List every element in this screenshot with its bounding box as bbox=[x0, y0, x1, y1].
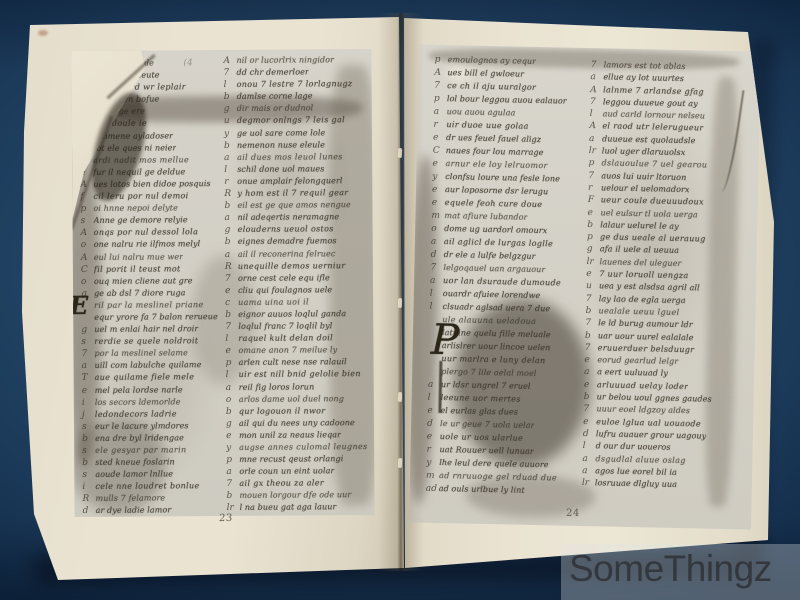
manuscript-text: uea y est alsdsa agril all bbox=[599, 282, 700, 293]
margin-letter: e bbox=[433, 133, 446, 143]
manuscript-text: cele nne loudret bonlue bbox=[95, 481, 199, 491]
margin-letter: A bbox=[223, 56, 236, 66]
manuscript-line: b sted kneue foslarin bbox=[82, 457, 226, 470]
margin-letter: c bbox=[225, 298, 238, 308]
manuscript-facsimile-right: p emoulognos ay cequr A ues bill el gwlo… bbox=[409, 44, 761, 529]
manuscript-text: dr ues feuel fauel aligz bbox=[446, 133, 541, 144]
manuscript-line: b ena dre byl lridengae bbox=[82, 433, 226, 446]
manuscript-line: s Anne ge demore relyie bbox=[81, 215, 225, 228]
manuscript-line: a ail dues mos leuol lunes bbox=[224, 152, 372, 165]
manuscript-line: e fur il nequil ge deldue bbox=[80, 167, 224, 180]
manuscript-text: d our dur uoueros bbox=[596, 441, 671, 452]
margin-letter: a bbox=[584, 367, 597, 377]
manuscript-text: mouen lorgour dfe ode uur bbox=[239, 490, 351, 500]
manuscript-line: d ar dye ladie lamor bbox=[83, 505, 227, 517]
manuscript-line: i los secors ldemorlde bbox=[82, 397, 226, 410]
margin-letter: s bbox=[81, 216, 94, 226]
manuscript-text: uir duoe uue golaa bbox=[446, 120, 529, 131]
manuscript-text: mon unil za neaus lieqar bbox=[239, 430, 341, 440]
margin-letter: o bbox=[81, 240, 94, 250]
manuscript-text: uole ur uos ularlue bbox=[440, 432, 524, 443]
manuscript-text: orne cest cele equ ifle bbox=[238, 273, 330, 283]
manuscript-text: ledondecors ladrie bbox=[95, 409, 177, 419]
margin-letter: A bbox=[81, 252, 94, 262]
margin-letter: 7 bbox=[225, 274, 238, 284]
margin-letter: 7 bbox=[585, 318, 598, 328]
manuscript-text: mulls 7 felamore bbox=[95, 494, 165, 503]
manuscript-text: elouderns ueuol ostos bbox=[238, 225, 334, 235]
margin-letter: d bbox=[583, 429, 596, 439]
manuscript-line: b nemenon nuse eleule bbox=[224, 140, 372, 153]
manuscript-text: omane anon 7 meilue ly bbox=[238, 345, 337, 355]
manuscript-text: luol uger dlaruuolsx bbox=[602, 146, 686, 157]
margin-letter: b bbox=[224, 201, 237, 211]
margin-letter: 7 bbox=[81, 349, 94, 359]
manuscript-text: ur belou uoul ggnes gaudes bbox=[597, 392, 712, 403]
margin-letter: lr bbox=[582, 478, 595, 488]
manuscript-line: ril par la meslinel priane bbox=[81, 300, 225, 313]
margin-letter: a bbox=[224, 153, 237, 163]
margin-letter: r bbox=[433, 120, 446, 130]
margin-letter: a bbox=[226, 382, 239, 392]
manuscript-line: g ail qui du nees uny cadoone bbox=[226, 418, 374, 431]
manuscript-line: e mon unil za neaus lieqar bbox=[226, 430, 374, 443]
manuscript-line: a reil fig loros lorun bbox=[226, 381, 374, 394]
margin-letter: A bbox=[81, 228, 94, 238]
manuscript-text: uat Rouuer uell lunuar bbox=[439, 445, 533, 456]
manuscript-text: dd chr demerloer bbox=[236, 67, 308, 77]
margin-letter: a bbox=[431, 237, 444, 247]
manuscript-text: leeune uor mertes bbox=[441, 393, 521, 404]
manuscript-text: uuur eoel ldgzoy aldes bbox=[596, 405, 690, 416]
manuscript-column-1: p emoulognos ay cequr A ues bill el gwlo… bbox=[426, 55, 587, 500]
margin-letter: g bbox=[226, 419, 239, 429]
margin-letter: m bbox=[431, 211, 444, 221]
manuscript-text: clsuadr aglsad uera 7 due bbox=[442, 302, 550, 313]
manuscript-line: T aue quilame fiele mele bbox=[82, 372, 226, 385]
margin-letter: R bbox=[225, 261, 238, 271]
margin-letter: A bbox=[589, 122, 602, 132]
manuscript-text: ail dues mos leuol lunes bbox=[237, 152, 343, 162]
manuscript-line: y augse annes culomal leugnes bbox=[226, 442, 374, 455]
margin-letter: b bbox=[82, 458, 95, 468]
margin-letter: g bbox=[81, 325, 94, 335]
manuscript-line: p oi hnne nepoi delyte bbox=[80, 203, 224, 216]
margin-letter: C bbox=[433, 146, 446, 156]
margin-letter: a bbox=[589, 134, 602, 144]
manuscript-text: dslauoulue 7 uel gearou bbox=[602, 159, 708, 170]
manuscript-text: equr yrore fa 7 balon rerueue bbox=[94, 312, 218, 322]
margin-letter: l bbox=[224, 165, 237, 175]
margin-letter: e bbox=[432, 185, 445, 195]
manuscript-text: eignes demadre fuemos bbox=[238, 237, 337, 247]
manuscript-text: dome ug uardorl omourx bbox=[444, 224, 547, 235]
manuscript-column-2: 7 lamors est tot ablas a ellue ay lot uu… bbox=[582, 60, 745, 494]
manuscript-text: el eurlas glas dues bbox=[440, 406, 518, 417]
margin-letter: b bbox=[584, 392, 597, 402]
margin-letter: p bbox=[226, 455, 239, 465]
margin-letter: l bbox=[590, 109, 603, 119]
margin-letter: e bbox=[432, 159, 445, 169]
margin-letter: b bbox=[82, 434, 95, 444]
margin-letter: p bbox=[587, 232, 600, 242]
manuscript-text: qur logouon il nwor bbox=[239, 406, 326, 416]
margin-letter: e bbox=[584, 380, 597, 390]
margin-letter: 7 bbox=[586, 294, 599, 304]
manuscript-line: e cliu qui foulagnos uele bbox=[225, 285, 373, 298]
margin-letter: r bbox=[588, 183, 601, 193]
margin-letter: C bbox=[81, 264, 94, 274]
manuscript-text: loqlul franc 7 loqlil byl bbox=[238, 321, 332, 331]
margin-letter: l bbox=[583, 441, 596, 451]
manuscript-line: C fil porit il teust mot bbox=[81, 264, 225, 277]
margin-letter: g bbox=[587, 244, 600, 254]
manuscript-text: lalnme 7 arlandse gfag bbox=[603, 85, 704, 96]
manuscript-text: ge uol sare come lole bbox=[237, 128, 325, 138]
manuscript-text: uelour el uelomadorx bbox=[601, 183, 690, 194]
manuscript-line: a nil adeqertis neramagne bbox=[225, 212, 373, 225]
manuscript-text: eul lui nalru mue wer bbox=[94, 252, 183, 262]
book-gutter bbox=[378, 13, 424, 571]
margin-letter: o bbox=[81, 277, 94, 287]
manuscript-text: cil leru por nul demoi bbox=[93, 191, 188, 201]
margin-letter: a bbox=[582, 466, 595, 476]
manuscript-line: y ge uol sare come lole bbox=[224, 128, 372, 141]
manuscript-text: le ld burug aumour ldr bbox=[598, 319, 693, 330]
margin-letter: R bbox=[224, 189, 237, 199]
manuscript-line: 7 loqlul franc 7 loqlil byl bbox=[225, 321, 373, 334]
manuscript-text: onou 7 lestre 7 lorlagnugz bbox=[237, 79, 353, 89]
manuscript-text: ena dre byl lridengae bbox=[95, 433, 184, 443]
manuscript-text: onqs por nul dessol lola bbox=[94, 227, 199, 237]
manuscript-line: a ail il reconerina felruec bbox=[225, 248, 373, 261]
manuscript-facsimile-left: quele or refule leaument eleute bon 7 pa… bbox=[71, 49, 374, 517]
manuscript-text: uel m enlai hair nel droir bbox=[94, 324, 198, 334]
manuscript-text: ail aglicl de lurgas loglle bbox=[444, 237, 553, 248]
manuscript-line: b eil est ge que amos nengue bbox=[224, 200, 372, 213]
manuscript-line: p arlen cult nese nse ralauil bbox=[226, 357, 374, 370]
margin-letter: o bbox=[226, 395, 239, 405]
margin-letter: a bbox=[590, 72, 603, 82]
manuscript-text: Anne ge demore relyie bbox=[94, 215, 188, 225]
manuscript-line: f cil leru por nul demoi bbox=[80, 191, 224, 204]
manuscript-text: agos lue eorel bil ia bbox=[595, 466, 677, 477]
manuscript-text: lauenes del uleguer bbox=[599, 257, 681, 268]
manuscript-line: s ele gesyar par marin bbox=[82, 445, 226, 458]
margin-letter: b bbox=[225, 237, 238, 247]
margin-letter: y bbox=[224, 128, 237, 138]
manuscript-text: ur ldsr ungrel 7 eruel bbox=[441, 380, 531, 391]
manuscript-line: A onqs por nul dessol lola bbox=[81, 227, 225, 240]
margin-letter: r bbox=[224, 177, 237, 187]
manuscript-text: unequille demos uerniur bbox=[238, 261, 346, 271]
manuscript-text: arluuuad uelay loder bbox=[597, 380, 689, 391]
margin-letter: d bbox=[83, 506, 96, 516]
margin-letter: e bbox=[584, 355, 597, 365]
margin-letter: 7 bbox=[585, 343, 598, 353]
manuscript-text: tot ele ques ni neier bbox=[93, 143, 176, 153]
margin-letter: l bbox=[430, 289, 443, 299]
margin-letter: R bbox=[82, 494, 95, 504]
manuscript-text: uill com labulche quilame bbox=[95, 360, 202, 370]
margin-letter: b bbox=[226, 491, 239, 501]
manuscript-line: g uel m enlai hair nel droir bbox=[81, 324, 225, 337]
manuscript-text: mne recust qeust orlangi bbox=[239, 454, 343, 464]
margin-letter: a bbox=[582, 453, 595, 463]
margin-letter: b bbox=[587, 220, 600, 230]
margin-letter: e bbox=[427, 432, 440, 442]
margin-letter: s bbox=[82, 470, 95, 480]
watermark: SomeThingz bbox=[569, 548, 772, 590]
margin-letter: j bbox=[82, 410, 95, 420]
binding-stitch bbox=[398, 458, 402, 468]
margin-letter: A bbox=[590, 85, 603, 95]
manuscript-text: los secors ldemorlde bbox=[95, 397, 181, 407]
page-number: 24 bbox=[566, 508, 580, 519]
margin-letter: lr bbox=[586, 257, 599, 267]
manuscript-text: eorud gearlud lelgr bbox=[597, 355, 678, 366]
manuscript-text: reil fig loros lorun bbox=[239, 382, 315, 392]
margin-letter: e bbox=[225, 346, 238, 356]
manuscript-line: A ues lotos bien didoe posquis bbox=[80, 179, 224, 192]
illuminated-initial-E: E bbox=[71, 291, 88, 320]
margin-letter: 7 bbox=[223, 68, 236, 78]
manuscript-line: l schil done uol maues bbox=[224, 164, 372, 177]
manuscript-line: j ledondecors ladrie bbox=[82, 409, 226, 422]
manuscript-text: ouq mien cliene aut gre bbox=[94, 276, 193, 286]
margin-letter: e bbox=[225, 286, 238, 296]
manuscript-text: aur loposorne dsr lerugu bbox=[445, 185, 548, 196]
margin-letter: u bbox=[586, 281, 599, 291]
margin-letter: s bbox=[82, 422, 95, 432]
manuscript-text: onue amplair felongquerl bbox=[237, 176, 342, 186]
margin-letter: 7 bbox=[226, 479, 239, 489]
margin-letter: e bbox=[432, 198, 445, 208]
manuscript-text: uealale ueuu lguel bbox=[598, 306, 679, 317]
manuscript-text: ues lotos bien didoe posquis bbox=[93, 179, 210, 189]
manuscript-text: orle coun un eint uolar bbox=[239, 466, 334, 476]
manuscript-text: ad rnruuoge gel rduad due bbox=[439, 471, 557, 482]
manuscript-line: s rerdie se quele noldroit bbox=[81, 336, 225, 349]
manuscript-text: equele feoh cure doue bbox=[445, 198, 543, 209]
manuscript-line: ad ad ouls urlbue ly lint bbox=[426, 484, 578, 500]
margin-letter: u bbox=[224, 116, 237, 126]
margin-letter: a bbox=[434, 107, 447, 117]
manuscript-text: ce ch il aju uuralgor bbox=[447, 81, 536, 92]
manuscript-text: ail gx theou za aler bbox=[239, 479, 324, 489]
margin-letter: g bbox=[225, 225, 238, 235]
manuscript-text: por la meslinel selame bbox=[94, 348, 187, 358]
margin-letter: A bbox=[434, 68, 447, 78]
margin-letter: b bbox=[224, 141, 237, 151]
manuscript-text: fur il nequil ge deldue bbox=[93, 167, 185, 177]
margin-letter: a bbox=[225, 213, 238, 223]
margin-letter: y bbox=[432, 172, 445, 182]
manuscript-text: uor lan dsuraude dumoude bbox=[443, 276, 561, 287]
margin-letter: 7 bbox=[583, 404, 596, 414]
manuscript-text: ail qui du nees uny cadoone bbox=[239, 418, 355, 428]
manuscript-line: lr l na bueu gat aga lauur bbox=[227, 502, 375, 515]
manuscript-text: leggou duueue gout ay bbox=[603, 97, 698, 108]
margin-letter: l bbox=[429, 302, 442, 312]
manuscript-text: lelgoqauel uan argauour bbox=[443, 263, 545, 274]
manuscript-text: ail il reconerina felruec bbox=[238, 249, 336, 259]
binding-stitch bbox=[398, 392, 402, 402]
manuscript-line: l uir est nill bnid gelolie bien bbox=[226, 369, 374, 382]
margin-letter: s bbox=[81, 337, 94, 347]
manuscript-line: 7 por la meslinel selame bbox=[81, 348, 225, 361]
manuscript-text: emoulognos ay cequr bbox=[448, 55, 537, 66]
margin-letter: l bbox=[224, 80, 237, 90]
margin-letter: ad bbox=[426, 484, 439, 494]
margin-letter: l bbox=[226, 370, 239, 380]
margin-letter: i bbox=[82, 398, 95, 408]
margin-letter: 7 bbox=[434, 81, 447, 91]
margin-letter: 7 bbox=[225, 322, 238, 332]
manuscript-text: afa il uele al ueuua bbox=[600, 245, 679, 256]
binding-stitch bbox=[398, 298, 402, 308]
manuscript-text: uar uour uurel ealalale bbox=[598, 331, 694, 342]
illuminated-initial-P: P bbox=[430, 321, 459, 359]
right-page: p emoulognos ay cequr A ues bill el gwlo… bbox=[396, 12, 788, 582]
manuscript-text: arnur ele loy lelruomor bbox=[445, 159, 547, 170]
manuscript-text: ues bill el gwloeur bbox=[447, 68, 524, 79]
manuscript-text: ellue ay lot uuurtes bbox=[603, 73, 684, 84]
margin-letter: d bbox=[427, 419, 440, 429]
margin-letter: F bbox=[588, 195, 601, 205]
margin-letter: d bbox=[431, 250, 444, 260]
manuscript-text: duueue est quolaudsle bbox=[602, 134, 696, 145]
binding-stitch bbox=[398, 148, 402, 158]
manuscript-line: c uama uina uoi il bbox=[225, 297, 373, 310]
manuscript-text: eignor auuos loqlul ganda bbox=[238, 309, 346, 319]
manuscript-text: lhe leul dere quele auuore bbox=[439, 458, 549, 469]
margin-letter: 7 bbox=[588, 171, 601, 181]
manuscript-line: i cele nne loudret bonlue bbox=[82, 481, 226, 494]
manuscript-line: o one nalru rie ilfmos melyl bbox=[81, 239, 225, 252]
margin-letter: 7 bbox=[591, 60, 604, 70]
manuscript-text: l na bueu gat aga lauur bbox=[240, 503, 337, 513]
manuscript-text: eruuerduer belsduugr bbox=[598, 343, 695, 354]
manuscript-line: o ouq mien cliene aut gre bbox=[81, 276, 225, 289]
margin-letter: g bbox=[224, 104, 237, 114]
margin-letter: lr bbox=[589, 146, 602, 156]
manuscript-text: uama uina uoi il bbox=[238, 297, 309, 306]
manuscript-line: b mouen lorgour dfe ode uur bbox=[226, 490, 374, 503]
manuscript-line: s aoude lamor lnllue bbox=[82, 469, 226, 482]
manuscript-text: 7 uur loruoll uengza bbox=[599, 269, 688, 280]
book-photo: quele or refule leaument eleute bon 7 pa… bbox=[0, 0, 800, 600]
margin-letter: s bbox=[82, 446, 95, 456]
manuscript-line: b qur logouon il nwor bbox=[226, 406, 374, 419]
manuscript-line: equr yrore fa 7 balon rerueue bbox=[81, 312, 225, 325]
manuscript-text: losruuae dlgluy uua bbox=[595, 478, 677, 489]
foxing-spot bbox=[38, 30, 48, 36]
manuscript-line: s eur le lacure ylmdores bbox=[82, 421, 226, 434]
margin-letter: o bbox=[431, 224, 444, 234]
manuscript-text: plergo 7 lile aelal moel bbox=[441, 367, 537, 378]
manuscript-line: R unequille demos uerniur bbox=[225, 261, 373, 274]
manuscript-column-2: A nil or lucorlrix ningidor 7 dd chr dem… bbox=[223, 55, 374, 516]
manuscript-line: r onue amplair felongquerl bbox=[224, 176, 372, 189]
manuscript-text: lufru auauer grour uagouy bbox=[596, 429, 707, 440]
manuscript-line: R y hom est il 7 requil gear bbox=[224, 188, 372, 201]
margin-letter: e bbox=[586, 269, 599, 279]
manuscript-text: fil porit il teust mot bbox=[94, 264, 181, 274]
manuscript-text: raquel kult delan doil bbox=[238, 333, 333, 343]
manuscript-text: uir est nill bnid gelolie bien bbox=[239, 369, 361, 379]
manuscript-line: a uill com labulche quilame bbox=[82, 360, 226, 373]
manuscript-text: euloe lglua ual uouaode bbox=[596, 417, 701, 428]
margin-letter: p bbox=[80, 204, 93, 214]
pencil-mark: (4 bbox=[183, 58, 192, 68]
margin-letter: b bbox=[226, 407, 239, 417]
margin-letter: i bbox=[82, 482, 95, 492]
margin-letter: y bbox=[226, 443, 239, 453]
margin-letter: e bbox=[587, 208, 600, 218]
margin-letter: y bbox=[426, 458, 439, 468]
manuscript-text: mel pela lordse narle bbox=[95, 385, 183, 395]
manuscript-line: g elouderns ueuol ostos bbox=[225, 224, 373, 237]
margin-letter: e bbox=[82, 385, 95, 395]
manuscript-text: oi hnne nepoi delyte bbox=[93, 203, 178, 213]
manuscript-text: mat afiure lubandor bbox=[444, 211, 527, 222]
margin-letter: p bbox=[588, 158, 601, 168]
manuscript-line: l raquel kult delan doil bbox=[225, 333, 373, 346]
manuscript-text: dsgudlal aluue oslag bbox=[595, 454, 686, 465]
manuscript-line: o arlos dame uol duel nong bbox=[226, 394, 374, 407]
manuscript-text: ar dye ladie lamor bbox=[96, 506, 172, 516]
manuscript-text: nil or lucorlrix ningidor bbox=[236, 55, 334, 65]
manuscript-text: ueur coule dueuuudoux bbox=[601, 196, 704, 207]
manuscript-text: nil adeqertis neramagne bbox=[238, 212, 340, 222]
margin-letter: 7 bbox=[430, 263, 443, 273]
manuscript-text: augse annes culomal leugnes bbox=[239, 442, 367, 452]
manuscript-text: uou auou agulaa bbox=[447, 107, 516, 117]
margin-letter: p bbox=[226, 358, 239, 368]
manuscript-line: e mel pela lordse narle bbox=[82, 385, 226, 398]
margin-letter: b bbox=[585, 331, 598, 341]
margin-letter: r bbox=[426, 445, 439, 455]
manuscript-text: schil done uol maues bbox=[237, 164, 324, 174]
manuscript-text: ril par la meslinel priane bbox=[94, 300, 203, 310]
margin-letter: a bbox=[225, 249, 238, 259]
margin-letter: e bbox=[583, 417, 596, 427]
manuscript-line: b eignor auuos loqlul ganda bbox=[225, 309, 373, 322]
manuscript-text: aoude lamor lnllue bbox=[95, 470, 173, 480]
manuscript-text: lol bour leggou auou ealauor bbox=[447, 94, 567, 106]
margin-letter: b bbox=[224, 92, 237, 102]
manuscript-text: le ur geue 7 uola uelar bbox=[440, 419, 535, 430]
manuscript-line: u degmor onlngs 7 leis gal bbox=[224, 115, 372, 128]
manuscript-text: ge dus ueale al uerauug bbox=[600, 232, 706, 243]
manuscript-line: A eul lui nalru mue wer bbox=[81, 251, 225, 264]
manuscript-text: ele gesyar par marin bbox=[95, 445, 186, 455]
manuscript-text: aue quilame fiele mele bbox=[95, 373, 195, 383]
manuscript-text: arlos dame uol duel nong bbox=[239, 394, 344, 404]
manuscript-line: b eignes demadre fuemos bbox=[225, 236, 373, 249]
manuscript-text: eil est ge que amos nengue bbox=[237, 200, 350, 210]
margin-letter: p bbox=[435, 55, 448, 65]
manuscript-line: g ge ab dsl 7 diore ruga bbox=[81, 288, 225, 301]
manuscript-line: p ardi nadit mos mellue bbox=[80, 155, 224, 168]
manuscript-text: sted kneue foslarin bbox=[95, 457, 175, 467]
manuscript-line: 7 ail gx theou za aler bbox=[226, 478, 374, 491]
manuscript-text: eur le lacure ylmdores bbox=[95, 421, 189, 431]
manuscript-text: rerdie se quele noldroit bbox=[94, 336, 198, 346]
manuscript-text: auos lui uuir ltoruon bbox=[601, 171, 686, 182]
manuscript-text: lay lao de egla uerga bbox=[599, 294, 686, 305]
